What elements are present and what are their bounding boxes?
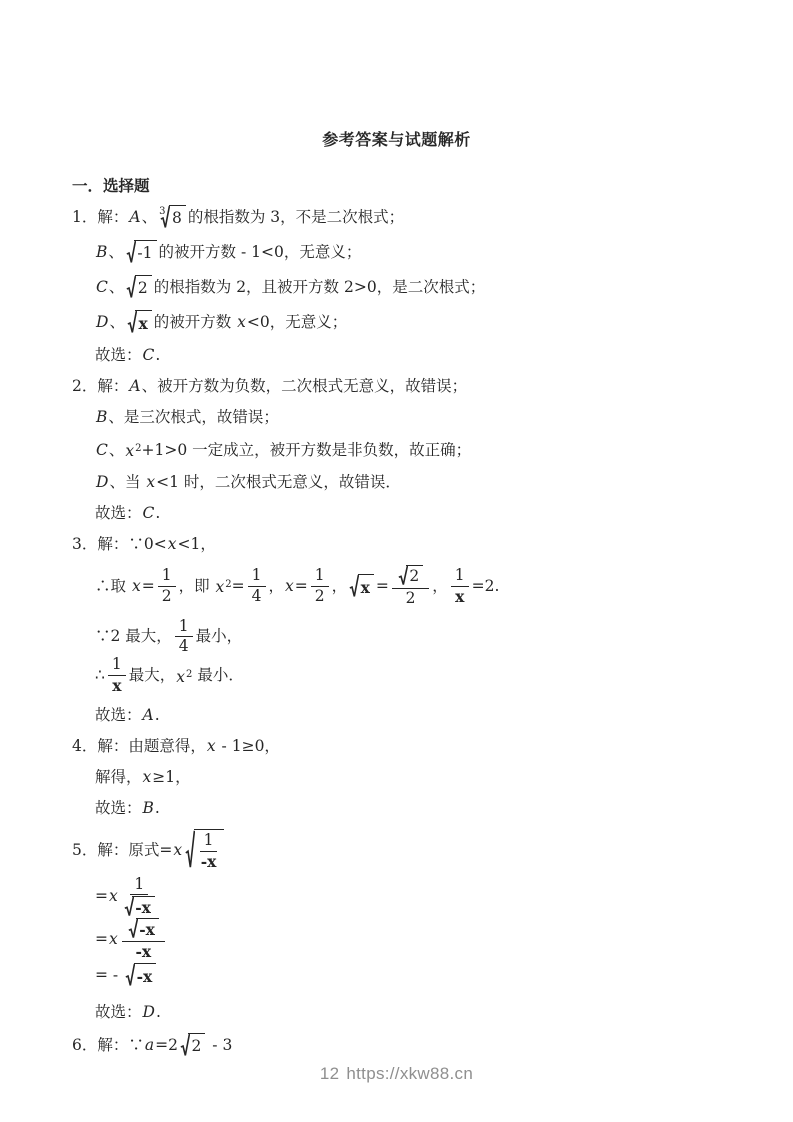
text-run: 的根指数为 3，不是二次根式； [188,207,404,228]
math-variable: x [167,534,178,555]
text-run: 4 [252,588,262,606]
text-run: -1 [137,243,152,264]
text-run: = [95,929,108,950]
text-run: 1．解： [72,207,128,228]
text-run: 、是三次根式，故错误； [108,407,279,428]
text-run: 3．解：∵0< [72,534,167,555]
math-variable: D [95,312,109,333]
text-run: 的被开方数 [154,312,236,333]
text-run: 5．解：原式= [72,840,172,861]
math-power: x2 [175,664,192,688]
fraction: 1-x [122,876,157,919]
fraction: 1x [108,656,126,695]
math-variable: B [95,407,108,428]
fraction-numerator: 1 [248,567,266,587]
text-run: 2 [162,588,172,606]
text-run: - 3 [207,1035,232,1056]
text-run: = [232,576,245,597]
radicand: x [358,574,374,599]
fraction-numerator: 1 [451,567,469,587]
answer-line: 故选：C. [72,503,721,524]
fraction-numerator: 1 [200,832,218,852]
text-run: 1 [112,656,122,674]
radicand: 8 [169,205,186,230]
math-bold-variable: x [138,313,147,334]
math-bold-variable: -x [135,899,151,917]
math-variable: a [144,1035,155,1056]
text-run: =2. [472,576,500,597]
answer-line: =x-x-x [72,918,721,961]
text-run: 、 [142,207,158,228]
math-variable: C [142,345,156,366]
text-run: 最小， [196,626,243,647]
answer-line: C、x2+1>0 一定成立，被开方数是非负数，故正确； [72,438,721,462]
text-run: 2 [315,588,325,606]
text-run: 故选： [95,798,142,819]
text-run: +1>0 一定成立，被开方数是非负数，故正确； [142,440,472,461]
text-run: 1 [455,567,465,585]
fraction-numerator: 1 [108,656,126,676]
root-index: 3 [159,201,165,222]
math-power: x2 [124,438,141,462]
text-run: 6．解：∵ [72,1035,144,1056]
text-run: 1 [134,876,144,894]
answer-line: 故选：B. [72,798,721,819]
text-run: =2 [155,1035,178,1056]
text-run: ∴取 [95,576,131,597]
text-run: 2 [191,1036,201,1057]
radicand: 2 [188,1033,205,1058]
text-run: 、 [109,312,125,333]
math-variable: x [145,472,156,493]
math-variable: x [124,442,135,460]
fraction: 22 [392,565,429,608]
answer-line: 解得，x≥1， [72,767,721,788]
text-run: = [95,886,108,907]
math-variable: x [108,929,119,950]
text-run: ∴ [95,665,105,686]
text-run: 1 [252,567,262,585]
math-variable: D [95,472,109,493]
text-run: 、 [109,277,125,298]
fraction-denominator: 2 [315,587,325,606]
fraction: 12 [158,567,176,606]
math-variable: x [142,767,153,788]
answer-line: 3．解：∵0<x<1， [72,534,721,555]
math-bold-variable: x [361,577,370,598]
radical-expression: 1-x [185,829,224,872]
fraction-denominator: 2 [162,587,172,606]
math-bold-variable: -x [137,966,153,987]
math-bold-variable: -x [139,921,155,939]
math-variable: x [284,576,295,597]
fraction-denominator: 2 [406,589,416,608]
answer-line: C、2的根指数为 2，且被开方数 2>0，是二次根式； [72,275,721,300]
fraction: 14 [175,618,193,657]
text-run: 、 [109,440,125,461]
radicand: -x [134,963,157,988]
answer-line: 故选：C. [72,345,721,366]
radical-expression: -1 [126,240,157,265]
fraction-denominator: -x [201,852,217,871]
fraction-numerator: -x [122,918,165,942]
text-run: 最小． [192,665,243,686]
math-variable: C [95,277,109,298]
math-variable: C [142,503,156,524]
radicand: 2 [135,275,152,300]
text-run: . [156,1002,161,1023]
document-title: 参考答案与试题解析 [72,129,721,151]
radical-expression: 2 [126,275,151,300]
fraction-denominator: x [455,587,464,606]
text-run: 故选： [95,345,142,366]
text-run: = [376,576,389,597]
answer-line: ∴1x最大，x2 最小． [72,656,721,695]
page-number: 12 [320,1064,340,1083]
answer-line: = - -x [72,963,721,988]
math-power: x2 [215,574,232,598]
math-variable: C [95,440,109,461]
math-bold-variable: x [112,677,121,695]
answer-line: 6．解：∵a=22 - 3 [72,1033,721,1058]
answer-content: 1．解：A、38的根指数为 3，不是二次根式；B、-1的被开方数 - 1<0，无… [72,205,721,1058]
math-variable: A [128,376,141,397]
fraction-numerator: 1 [130,876,148,896]
text-run: ， [432,576,448,597]
math-variable: x [175,668,186,686]
radicand: x [135,310,151,335]
fraction-denominator: -x [136,942,152,961]
text-run: 、被开方数为负数，二次根式无意义，故错误； [142,376,468,397]
fraction-denominator: -x [122,895,157,918]
text-run: 最大， [129,665,176,686]
fraction-denominator: 4 [179,637,189,656]
answer-line: D、x的被开方数 x<0，无意义； [72,310,721,335]
answer-line: 故选：A. [72,705,721,726]
text-run: = [295,576,308,597]
text-run: 、 [108,242,124,263]
text-run: ∵2 最大， [95,626,172,647]
radicand: -x [132,896,155,918]
math-variable: A [142,705,155,726]
text-run: = [142,576,155,597]
fraction: 12 [311,567,329,606]
text-run: ， [269,576,285,597]
math-variable: x [172,840,183,861]
radicand: 2 [406,565,423,587]
text-run: 故选： [95,705,142,726]
fraction: 1-x [200,832,218,871]
fraction-numerator: 1 [158,567,176,587]
document-page: 参考答案与试题解析 一．选择题 1．解：A、38的根指数为 3，不是二次根式；B… [0,0,793,1122]
math-variable: x [215,578,226,596]
text-run: 2 [406,590,416,608]
answer-line: ∵2 最大，14最小， [72,618,721,657]
text-run: 1 [179,618,189,636]
fraction-denominator: x [112,676,121,695]
page-footer: 12https://xkw88.cn [0,1064,793,1084]
radical-expression: -x [124,896,155,918]
radicand: -1 [134,240,156,265]
text-run: ，即 [179,576,215,597]
radicand: 1-x [194,829,225,872]
radicand: -x [136,918,159,940]
answer-line: =x1-x [72,876,721,919]
answer-line: B、-1的被开方数 - 1<0，无意义； [72,240,721,265]
text-run: 8 [172,208,182,229]
text-run: . [155,705,160,726]
answer-line: 5．解：原式=x1-x [72,829,721,872]
fraction: 14 [248,567,266,606]
text-run: 、当 [109,472,145,493]
answer-line: B、是三次根式，故错误； [72,407,721,428]
answer-line: D、当 x<1 时，二次根式无意义，故错误． [72,472,721,493]
answer-line: 4．解：由题意得，x - 1≥0， [72,736,721,757]
answer-line: 2．解：A、被开方数为负数，二次根式无意义，故错误； [72,376,721,397]
text-run: = - [95,965,123,986]
fraction: -x-x [122,918,165,961]
math-variable: x [206,736,217,757]
math-variable: B [142,798,155,819]
text-run: - 1≥0， [217,736,280,757]
radical-expression: -x [128,918,159,940]
text-run: <1， [177,534,215,555]
text-run: 的根指数为 2，且被开方数 2>0，是二次根式； [154,277,485,298]
radical-expression: x [127,310,152,335]
text-run: 解得， [95,767,142,788]
text-run: ≥1， [152,767,190,788]
text-run: 4 [179,638,189,656]
fraction-numerator: 1 [311,567,329,587]
text-run: . [155,503,160,524]
radical-expression: 2 [180,1033,205,1058]
section-heading: 一．选择题 [72,175,721,196]
radical-expression: x [349,574,374,599]
text-run: 的被开方数 - 1<0，无意义； [159,242,362,263]
text-run: ， [332,576,348,597]
fraction-numerator: 2 [392,565,429,589]
text-run: 故选： [95,1002,142,1023]
answer-line: ∴取 x=12，即 x2=14，x=12，x=22，1x=2. [72,565,721,608]
math-bold-variable: x [455,588,464,606]
text-run: 4．解：由题意得， [72,736,206,757]
radical-expression: 2 [398,565,423,587]
text-run: 2 [409,568,419,586]
answer-line: 1．解：A、38的根指数为 3，不是二次根式； [72,205,721,230]
text-run: . [155,345,160,366]
math-bold-variable: -x [136,943,152,961]
fraction-numerator: 1 [175,618,193,638]
math-variable: x [236,312,247,333]
math-variable: x [108,886,119,907]
text-run: 1 [315,567,325,585]
radical-expression: -x [125,963,156,988]
text-run: 2．解： [72,376,128,397]
math-variable: B [95,242,108,263]
math-variable: x [131,576,142,597]
answer-line: 故选：D. [72,1002,721,1023]
text-run: 2 [138,278,148,299]
footer-url: https://xkw88.cn [346,1064,473,1083]
radical-expression: 38 [159,205,186,230]
math-variable: D [142,1002,156,1023]
text-run: <0，无意义； [247,312,347,333]
fraction-denominator: 4 [252,587,262,606]
text-run: . [155,798,160,819]
math-bold-variable: -x [201,853,217,871]
text-run: <1 时，二次根式无意义，故错误． [156,472,401,493]
math-variable: A [128,207,141,228]
text-run: 1 [204,832,214,850]
text-run: 1 [162,567,172,585]
fraction: 1x [451,567,469,606]
text-run: 故选： [95,503,142,524]
